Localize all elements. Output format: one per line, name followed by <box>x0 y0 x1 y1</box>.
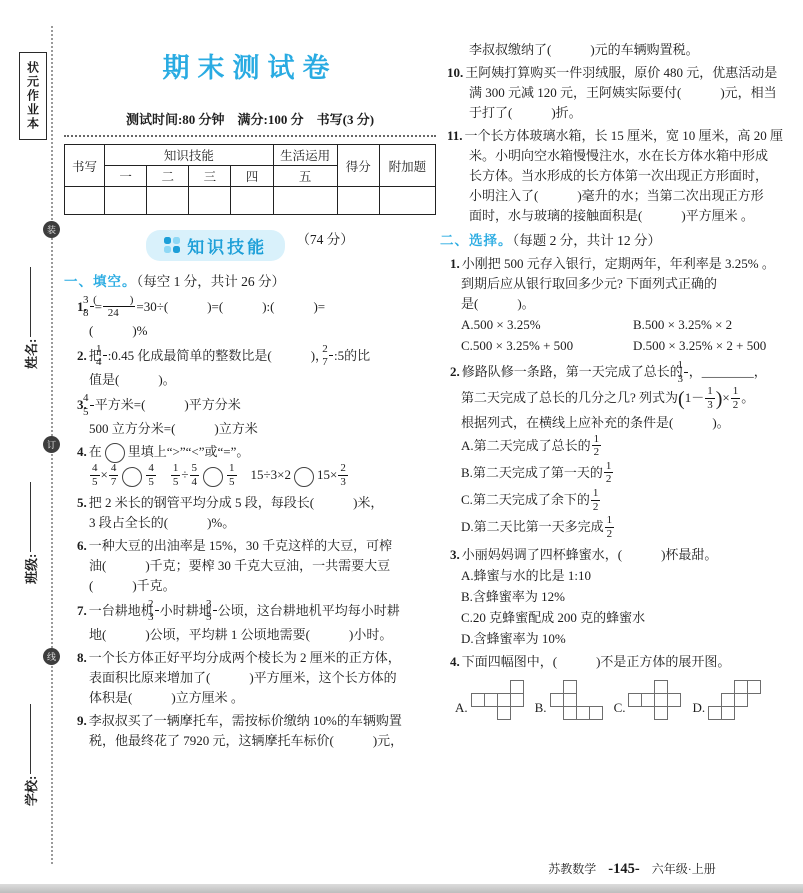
compare-circle <box>105 443 125 463</box>
question-number: 4. <box>77 444 87 459</box>
question-line: 6.一种大豆的出油率是 15%，30 千克这样的大豆，可榨 <box>89 536 436 556</box>
field-class-label: 班级: <box>21 554 40 584</box>
fill-in-questions-left: 1.38=( )24=30÷( )=( ):( )=( )%2.把14:0.45… <box>64 295 436 751</box>
fraction: 12 <box>592 433 602 459</box>
cube-net-item: D. <box>692 680 761 720</box>
question-text: ( )千克。 <box>89 578 176 593</box>
question-number: 1. <box>450 256 460 271</box>
cube-net-figure <box>550 680 603 720</box>
question-line: 体积是( )立方厘米 。 <box>89 688 436 708</box>
score-table-score: 得分 <box>337 145 379 187</box>
question-text: 地( )公顷，平均耕 1 公顷地需要( )小时。 <box>89 627 392 642</box>
option: D.500 × 3.25% × 2 + 500 <box>633 336 802 356</box>
binding-mark-zhuang: 装 <box>43 221 60 238</box>
section-pill-label: 知识技能 <box>187 233 267 258</box>
question-line: 5.把 2 米长的钢管平均分成 5 段，每段长( )米， <box>89 493 436 513</box>
grid-dots-icon <box>164 237 180 253</box>
choice-heading-title: 二、选择。 <box>440 233 513 248</box>
fraction: 12 <box>605 514 615 540</box>
footer-page-number: -145- <box>608 861 639 877</box>
question-text: 油( )千克；要榨 30 千克大豆油，一共需要大豆 <box>89 558 390 573</box>
option: D.含蜂蜜率为 10% <box>461 629 802 649</box>
question-line: 2.把14:0.45 化成最简单的整数比是( )，27:5的比 <box>89 344 436 370</box>
question: 1.38=( )24=30÷( )=( ):( )=( )% <box>64 295 436 341</box>
field-name: 姓名: <box>21 237 39 369</box>
question: 4.在里填上“>”“<”或“=”。45×4745 15÷5415 15÷3×21… <box>64 442 436 489</box>
question-number: 6. <box>77 538 87 553</box>
question-line: 3.45平方米=( )平方分米 <box>89 393 436 419</box>
fraction: 14 <box>103 343 107 369</box>
question-text: 一个长方体正好平均分成两个棱长为 2 厘米的正方体， <box>89 650 401 665</box>
fraction: 12 <box>591 487 601 513</box>
fraction: 12 <box>731 385 741 411</box>
question: 7.一台耕地机23小时耕地35公顷，这台耕地机平均每小时耕地( )公顷，平均耕 … <box>64 599 436 645</box>
page-title: 期末测试卷 <box>64 46 436 85</box>
choice-heading-note: （每题 2 分，共计 12 分） <box>513 233 662 248</box>
score-table-knowledge: 知识技能 <box>105 145 273 166</box>
question-line: 3 段占全长的( )%。 <box>89 513 436 533</box>
compare-circle <box>122 467 142 487</box>
option: A.蜂蜜与水的比是 1:10 <box>461 566 802 586</box>
fraction: 23 <box>155 598 159 624</box>
question-text: ( )% <box>89 323 148 338</box>
fill-in-heading-note: （每空 1 分，共计 26 分） <box>137 274 286 289</box>
question: 8.一个长方体正好平均分成两个棱长为 2 厘米的正方体，表面积比原来增加了( )… <box>64 648 436 708</box>
question: 11.一个长方体玻璃水箱，长 15 厘米，宽 10 厘米，高 20 厘米。小明向… <box>440 126 802 226</box>
question-text: 根据列式，在横线上应补充的条件是( )。 <box>461 415 730 430</box>
question-line: 是( )。 <box>461 294 802 314</box>
question-line: 根据列式，在横线上应补充的条件是( )。 <box>461 413 802 433</box>
question-line: 值是( )。 <box>89 370 436 390</box>
cube-net-figure <box>708 680 761 720</box>
right-column: 李叔叔缴纳了( )元的车辆购置税。10.王阿姨打算购买一件羽绒服，原价 480 … <box>440 40 802 723</box>
question-text: 李叔叔买了一辆摩托车，需按标价缴纳 10%的车辆购置 <box>89 713 402 728</box>
field-class-blank <box>29 482 31 552</box>
fill-in-heading: 一、填空。（每空 1 分，共计 26 分） <box>64 270 436 290</box>
question: 李叔叔缴纳了( )元的车辆购置税。 <box>440 40 802 60</box>
fraction: 15 <box>171 462 181 488</box>
question-text: 38=( )24=30÷( )=( ):( )= <box>89 299 325 314</box>
fraction: 27 <box>329 343 333 369</box>
question-text: 小明注入了( )毫升的水；当第二次出现正方形 <box>469 188 764 203</box>
question-line: 500 立方分米=( )立方米 <box>89 419 436 439</box>
question-text: 到期后应从银行取回多少元? 下面列式正确的 <box>461 276 717 291</box>
question-line: 李叔叔缴纳了( )元的车辆购置税。 <box>469 40 802 60</box>
question-line: 长方体。当水形成的长方体第一次出现正方形面时， <box>469 166 802 186</box>
question: 5.把 2 米长的钢管平均分成 5 段，每段长( )米，3 段占全长的( )%。 <box>64 493 436 533</box>
fraction: 47 <box>109 462 119 488</box>
question-line: 45×4745 15÷5415 15÷3×215×23 <box>89 463 436 489</box>
question-number: 9. <box>77 713 87 728</box>
question-text: 一种大豆的出油率是 15%，30 千克这样的大豆，可榨 <box>89 538 392 553</box>
question-line: 4.在里填上“>”“<”或“=”。 <box>89 442 436 463</box>
fraction: 45 <box>90 392 94 418</box>
question-number: 5. <box>77 495 87 510</box>
question: 3.45平方米=( )平方分米500 立方分米=( )立方米 <box>64 393 436 439</box>
question-text: 长方体。当水形成的长方体第一次出现正方形面时， <box>469 168 768 183</box>
question: 10.王阿姨打算购买一件羽绒服，原价 480 元，优惠活动是满 300 元减 1… <box>440 63 802 123</box>
net-label: C. <box>614 700 626 716</box>
score-table-col-3: 三 <box>189 166 231 187</box>
question-number: 11. <box>447 128 463 143</box>
question-line: 1.38=( )24=30÷( )=( ):( )= <box>89 295 436 321</box>
options: A.第二天完成了总长的12B.第二天完成了第一天的12C.第二天完成了余下的12… <box>461 434 802 542</box>
option: B.第二天完成了第一天的12 <box>461 461 802 487</box>
score-table-col-2: 二 <box>147 166 189 187</box>
option: C.第二天完成了余下的12 <box>461 488 802 514</box>
question-line: ( )千克。 <box>89 576 436 596</box>
choice-questions: 1.小刚把 500 元存入银行，定期两年，年利率是 3.25% 。到期后应从银行… <box>440 254 802 720</box>
score-table-col-5: 五 <box>273 166 337 187</box>
question: 6.一种大豆的出油率是 15%，30 千克这样的大豆，可榨油( )千克；要榨 3… <box>64 536 436 596</box>
page-edge-shadow <box>0 884 803 893</box>
question-text: 45×4745 15÷5415 15÷3×215×23 <box>89 467 349 482</box>
question-text: 税，他最终花了 7920 元，这辆摩托车标价( )元， <box>89 733 403 748</box>
option: C.500 × 3.25% + 500 <box>461 336 633 356</box>
test-info-line: 测试时间:80 分钟 满分:100 分 书写(3 分) <box>64 109 436 128</box>
question-text: 小丽妈妈调了四杯蜂蜜水，( )杯最甜。 <box>462 547 718 562</box>
fraction: 45 <box>146 462 156 488</box>
question-text: 米。小明向空水箱慢慢注水，水在长方体水箱中形成 <box>469 148 768 163</box>
question-text: 满 300 元减 120 元，王阿姨实际要付( )元，相当 <box>469 85 777 100</box>
question-line: 1.小刚把 500 元存入银行，定期两年，年利率是 3.25% 。 <box>461 254 802 274</box>
section-score: （74 分） <box>296 232 353 247</box>
question-line: 满 300 元减 120 元，王阿姨实际要付( )元，相当 <box>469 83 802 103</box>
question-text: 第二天完成了总长的几分之几? 列式为(1－13)×12。 <box>461 390 754 405</box>
question-line: 小明注入了( )毫升的水；当第二次出现正方形 <box>469 186 802 206</box>
section-pill: 知识技能 <box>146 230 285 261</box>
question-text: 体积是( )立方厘米 。 <box>89 690 244 705</box>
paren: ) <box>716 388 723 410</box>
options: A.蜂蜜与水的比是 1:10B.含蜂蜜率为 12%C.20 克蜂蜜配成 200 … <box>461 566 802 649</box>
field-school-blank <box>29 704 31 774</box>
question-line: 4.下面四幅图中，( )不是正方体的展开图。 <box>461 652 802 672</box>
question-text: 王阿姨打算购买一件羽绒服，原价 480 元，优惠活动是 <box>465 65 777 80</box>
question-line: 税，他最终花了 7920 元，这辆摩托车标价( )元， <box>89 731 436 751</box>
option: B.含蜂蜜率为 12% <box>461 587 802 607</box>
question-line: 9.李叔叔买了一辆摩托车，需按标价缴纳 10%的车辆购置 <box>89 711 436 731</box>
question-text: 值是( )。 <box>89 372 176 387</box>
question: 9.李叔叔买了一辆摩托车，需按标价缴纳 10%的车辆购置税，他最终花了 7920… <box>64 711 436 751</box>
question-line: 地( )公顷，平均耕 1 公顷地需要( )小时。 <box>89 625 436 645</box>
cube-net-item: C. <box>614 680 682 720</box>
fill-in-questions-right: 李叔叔缴纳了( )元的车辆购置税。10.王阿姨打算购买一件羽绒服，原价 480 … <box>440 40 802 226</box>
question-line: 于打了( )折。 <box>469 103 802 123</box>
net-label: B. <box>535 700 547 716</box>
fraction: 15 <box>227 462 237 488</box>
cube-net-figure <box>628 680 681 720</box>
left-column: 期末测试卷 测试时间:80 分钟 满分:100 分 书写(3 分) 书写 知识技… <box>64 40 436 754</box>
option: D.第二天比第一天多完成12 <box>461 515 802 541</box>
question-line: 10.王阿姨打算购买一件羽绒服，原价 480 元，优惠活动是 <box>469 63 802 83</box>
score-table-col-1: 一 <box>105 166 147 187</box>
option: A.500 × 3.25% <box>461 315 633 335</box>
question-text: 在里填上“>”“<”或“=”。 <box>89 444 250 459</box>
brand-text: 状元作业本 <box>25 61 42 131</box>
cube-net-item: A. <box>455 680 524 720</box>
question: 2.把14:0.45 化成最简单的整数比是( )，27:5的比值是( )。 <box>64 344 436 390</box>
option: B.500 × 3.25% × 2 <box>633 315 802 335</box>
question-text: 是( )。 <box>461 296 535 311</box>
question-line: 米。小明向空水箱慢慢注水，水在长方体水箱中形成 <box>469 146 802 166</box>
question: 2.修路队修一条路，第一天完成了总长的13，________，第二天完成了总长的… <box>440 360 802 542</box>
question-number: 10. <box>447 65 463 80</box>
field-class: 班级: <box>21 452 39 584</box>
question-line: 8.一个长方体正好平均分成两个棱长为 2 厘米的正方体， <box>89 648 436 668</box>
net-label: D. <box>692 700 705 716</box>
fraction: 45 <box>90 462 100 488</box>
fraction: 13 <box>705 385 715 411</box>
question-text: 45平方米=( )平方分米 <box>89 397 241 412</box>
question-text: 修路队修一条路，第一天完成了总长的13，________， <box>462 364 767 379</box>
net-label: A. <box>455 700 468 716</box>
dotted-divider <box>64 135 436 137</box>
question-text: 一台耕地机23小时耕地35公顷，这台耕地机平均每小时耕 <box>89 603 400 618</box>
compare-circle <box>294 467 314 487</box>
options: A.500 × 3.25%B.500 × 3.25% × 2C.500 × 3.… <box>461 315 802 357</box>
question-number: 2. <box>450 364 460 379</box>
question-line: 第二天完成了总长的几分之几? 列式为(1－13)×12。 <box>461 386 802 412</box>
compare-circle <box>203 467 223 487</box>
question-line: 表面积比原来增加了( )平方厘米，这个长方体的 <box>89 668 436 688</box>
score-table-bonus: 附加题 <box>379 145 435 187</box>
field-name-blank <box>29 267 31 337</box>
question-number: 3. <box>450 547 460 562</box>
question-text: 面时，水与玻璃的接触面积是( )平方厘米 。 <box>469 208 754 223</box>
question-line: 油( )千克；要榨 30 千克大豆油，一共需要大豆 <box>89 556 436 576</box>
binding-mark-xian: 线 <box>43 648 60 665</box>
score-table-writing: 书写 <box>65 145 105 187</box>
question-number: 2. <box>77 348 87 363</box>
option: A.第二天完成了总长的12 <box>461 434 802 460</box>
field-school-label: 学校: <box>21 776 40 806</box>
cube-net-figure <box>471 680 524 720</box>
fraction: 54 <box>190 462 200 488</box>
question-number: 7. <box>77 603 87 618</box>
question-text: 把 2 米长的钢管平均分成 5 段，每段长( )米， <box>89 495 384 510</box>
binding-mark-ding: 订 <box>43 436 60 453</box>
question-line: 3.小丽妈妈调了四杯蜂蜜水，( )杯最甜。 <box>461 545 802 565</box>
cube-net-item: B. <box>535 680 603 720</box>
question-line: 2.修路队修一条路，第一天完成了总长的13，________， <box>461 360 802 386</box>
question-text: 于打了( )折。 <box>469 105 582 120</box>
question: 4.下面四幅图中，( )不是正方体的展开图。A.B.C.D. <box>440 652 802 720</box>
question-line: 11.一个长方体玻璃水箱，长 15 厘米，宽 10 厘米，高 20 厘 <box>469 126 802 146</box>
footer-edition: 六年级·上册 <box>652 862 716 876</box>
question-text: 把14:0.45 化成最简单的整数比是( )，27:5的比 <box>89 348 370 363</box>
question-line: 7.一台耕地机23小时耕地35公顷，这台耕地机平均每小时耕 <box>89 599 436 625</box>
score-table-life: 生活运用 <box>273 145 337 166</box>
question-text: 表面积比原来增加了( )平方厘米，这个长方体的 <box>89 670 397 685</box>
brand-box: 状元作业本 <box>19 52 47 140</box>
question: 3.小丽妈妈调了四杯蜂蜜水，( )杯最甜。A.蜂蜜与水的比是 1:10B.含蜂蜜… <box>440 545 802 649</box>
question-text: 李叔叔缴纳了( )元的车辆购置税。 <box>469 42 699 57</box>
paren: ( <box>678 388 685 410</box>
footer-brand: 苏教数学 <box>548 862 596 876</box>
fraction: 35 <box>213 598 217 624</box>
fraction: ( )24 <box>103 294 135 320</box>
page-footer: 苏教数学 -145- 六年级·上册 <box>462 860 802 878</box>
score-table: 书写 知识技能 生活运用 得分 附加题 一 二 三 四 五 <box>64 144 436 215</box>
question-text: 一个长方体玻璃水箱，长 15 厘米，宽 10 厘米，高 20 厘 <box>465 128 784 143</box>
score-table-col-4: 四 <box>231 166 273 187</box>
score-table-empty-row <box>65 187 436 215</box>
field-name-label: 姓名: <box>21 339 40 369</box>
question-text: 3 段占全长的( )%。 <box>89 515 235 530</box>
option: C.20 克蜂蜜配成 200 克的蜂蜜水 <box>461 608 802 628</box>
question-line: ( )% <box>89 321 436 341</box>
choice-heading: 二、选择。（每题 2 分，共计 12 分） <box>440 229 802 249</box>
section-knowledge-header: 知识技能 （74 分） <box>64 228 436 261</box>
question-number: 8. <box>77 650 87 665</box>
question-text: 小刚把 500 元存入银行，定期两年，年利率是 3.25% 。 <box>462 256 775 271</box>
fraction: 13 <box>684 359 688 385</box>
fill-in-heading-title: 一、填空。 <box>64 274 137 289</box>
exam-paper-page: { "colors": {"accent_blue": "#29ABE2", "… <box>0 0 803 893</box>
question-line: 到期后应从银行取回多少元? 下面列式正确的 <box>461 274 802 294</box>
question-text: 500 立方分米=( )立方米 <box>89 421 258 436</box>
cube-nets: A.B.C.D. <box>455 680 802 720</box>
question-number: 4. <box>450 654 460 669</box>
question-text: 下面四幅图中，( )不是正方体的展开图。 <box>462 654 731 669</box>
fraction: 12 <box>604 460 614 486</box>
question-line: 面时，水与玻璃的接触面积是( )平方厘米 。 <box>469 206 802 226</box>
question: 1.小刚把 500 元存入银行，定期两年，年利率是 3.25% 。到期后应从银行… <box>440 254 802 357</box>
fraction: 23 <box>338 462 348 488</box>
field-school: 学校: <box>21 674 39 806</box>
